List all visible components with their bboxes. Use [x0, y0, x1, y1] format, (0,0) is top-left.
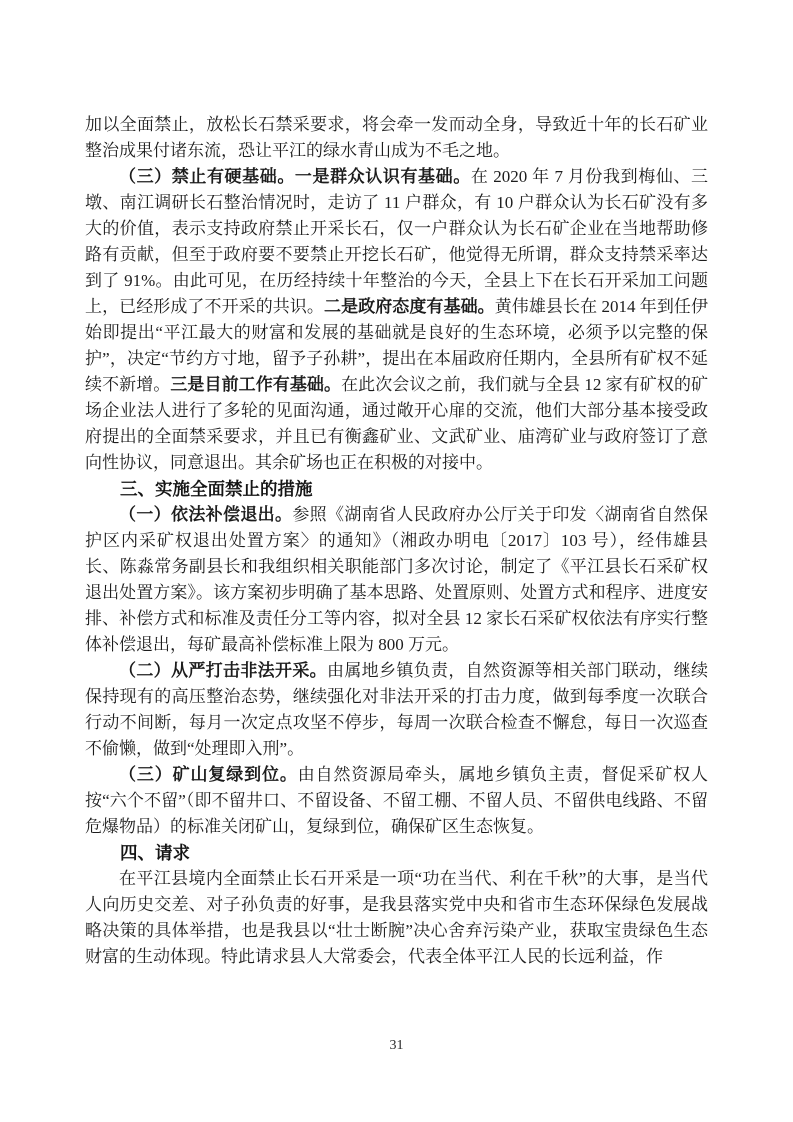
paragraph-text: 在平江县境内全面禁止长石开采是一项“功在当代、利在千秋”的大事，是当代人向历史交…	[85, 869, 708, 966]
document-body: 加以全面禁止，放松长石禁采要求，将会牵一发而动全身，导致近十年的长石矿业整治成果…	[85, 112, 708, 970]
bold-lead-in: （二）从严打击非法开采。	[119, 661, 327, 680]
bold-lead-in: 三是目前工作有基础。	[170, 375, 341, 394]
paragraph-compensated-exit: （一）依法补偿退出。参照《湖南省人民政府办公厅关于印发〈湖南省自然保护区内采矿权…	[85, 502, 708, 658]
paragraph-foundations: （三）禁止有硬基础。一是群众认识有基础。在 2020 年 7 月份我到梅仙、三墩…	[85, 164, 708, 476]
paragraph-text: 参照《湖南省人民政府办公厅关于印发〈湖南省自然保护区内采矿权退出处置方案〉的通知…	[85, 505, 708, 654]
section-heading-measures: 三、实施全面禁止的措施	[85, 476, 708, 502]
page-number: 31	[0, 1038, 793, 1054]
paragraph-continuation: 加以全面禁止，放松长石禁采要求，将会牵一发而动全身，导致近十年的长石矿业整治成果…	[85, 112, 708, 164]
bold-lead-in: 二是政府态度有基础。	[324, 297, 495, 316]
document-page: 加以全面禁止，放松长石禁采要求，将会牵一发而动全身，导致近十年的长石矿业整治成果…	[0, 0, 793, 1122]
paragraph-regreening: （三）矿山复绿到位。由自然资源局牵头，属地乡镇负主责，督促采矿权人按“六个不留”…	[85, 762, 708, 840]
bold-lead-in: （三）禁止有硬基础。一是群众认识有基础。	[119, 167, 471, 186]
paragraph-text: 在 2020 年 7 月份我到梅仙、三墩、南江调研长石整治情况时，走访了 11 …	[85, 167, 708, 316]
paragraph-crackdown: （二）从严打击非法开采。由属地乡镇负责，自然资源等相关部门联动，继续保持现有的高…	[85, 658, 708, 762]
bold-lead-in: （三）矿山复绿到位。	[119, 765, 298, 784]
section-heading-request: 四、请求	[85, 840, 708, 866]
paragraph-text: 加以全面禁止，放松长石禁采要求，将会牵一发而动全身，导致近十年的长石矿业整治成果…	[85, 115, 708, 160]
paragraph-request: 在平江县境内全面禁止长石开采是一项“功在当代、利在千秋”的大事，是当代人向历史交…	[85, 866, 708, 970]
bold-lead-in: （一）依法补偿退出。	[119, 505, 292, 524]
